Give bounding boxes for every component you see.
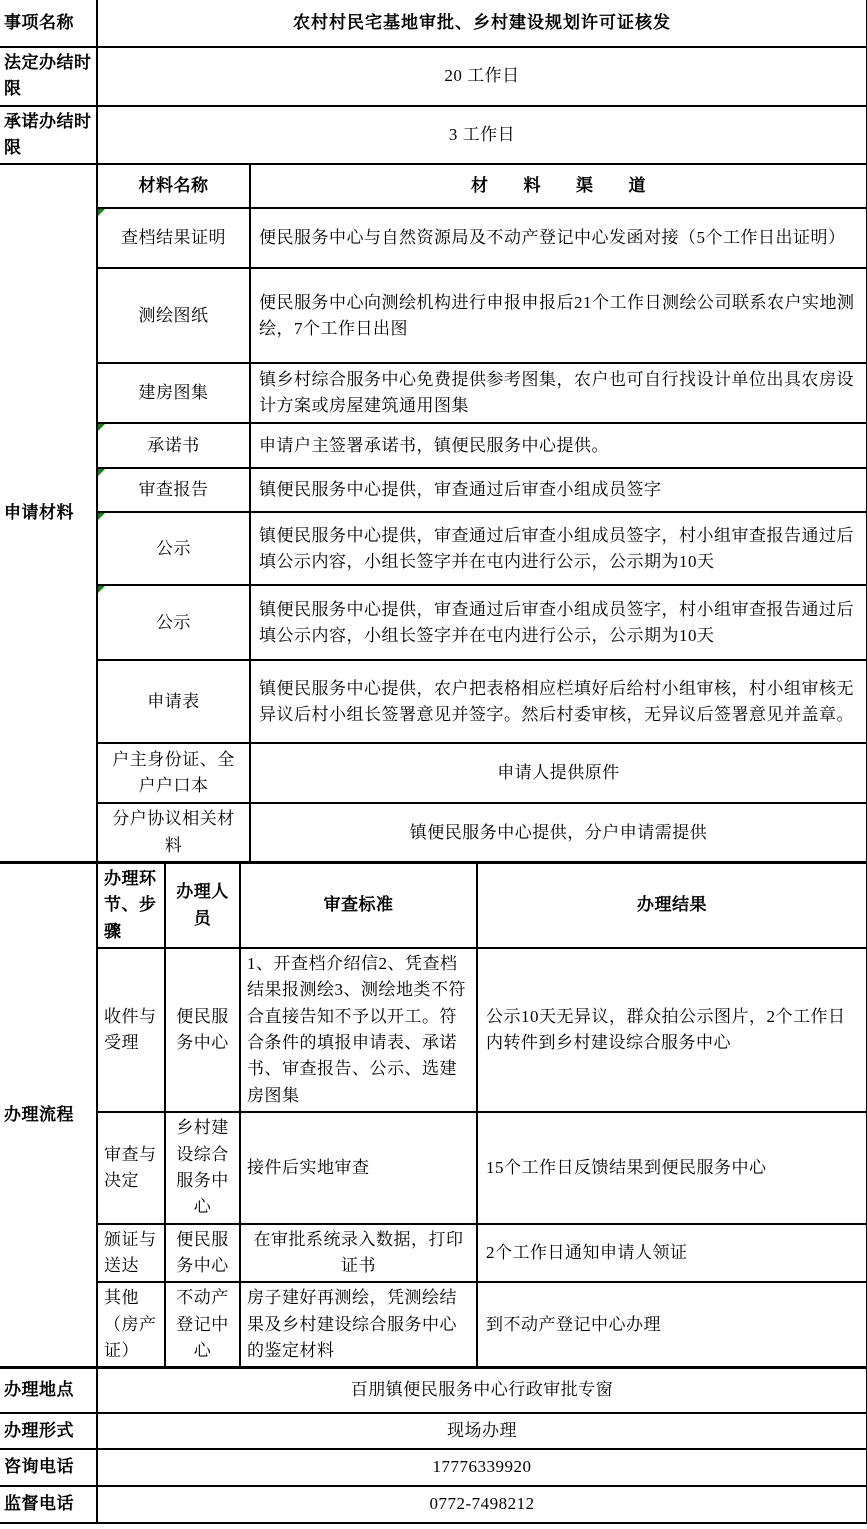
- table-row: 分户协议相关材料 镇便民服务中心提供，分户申请需提供: [0, 803, 867, 862]
- material-channel: 镇乡村综合服务中心免费提供参考图集，农户也可自行找设计单位出具农房设计方案或房屋…: [250, 363, 867, 423]
- cell-error-triangle-icon: [98, 424, 105, 431]
- form-label: 办理形式: [0, 1413, 97, 1449]
- process-staff: 乡村建设综合服务中心: [165, 1112, 240, 1223]
- table-row: 查档结果证明 便民服务中心与自然资源局及不动产登记中心发函对接（5个工作日出证明…: [0, 208, 867, 268]
- promise-time-label: 承诺办结时限: [0, 106, 97, 165]
- material-name: 查档结果证明: [97, 208, 250, 268]
- material-name: 公示: [97, 512, 250, 585]
- material-name: 承诺书: [97, 423, 250, 468]
- location-value: 百朋镇便民服务中心行政审批专窗: [97, 1368, 867, 1413]
- table-row: 其他（房产证） 不动产登记中心 房子建好再测绘，凭测绘结果及乡村建设综合服务中心…: [0, 1282, 867, 1368]
- table-row: 公示 镇便民服务中心提供，审查通过后审查小组成员签字，村小组审查报告通过后填公示…: [0, 512, 867, 585]
- table-row: 承诺书 申请户主签署承诺书，镇便民服务中心提供。: [0, 423, 867, 468]
- supervise-phone-row: 监督电话 0772-7498212: [0, 1486, 867, 1523]
- process-standard: 房子建好再测绘，凭测绘结果及乡村建设综合服务中心的鉴定材料: [240, 1282, 477, 1368]
- process-staff: 不动产登记中心: [165, 1282, 240, 1368]
- form-row: 办理形式 现场办理: [0, 1413, 867, 1449]
- process-step-header: 办理环节、步骤: [97, 863, 165, 949]
- consult-phone-label: 咨询电话: [0, 1449, 97, 1486]
- table-row: 测绘图纸 便民服务中心向测绘机构进行申报申报后21个工作日测绘公司联系农户实地测…: [0, 268, 867, 363]
- location-row: 办理地点 百朋镇便民服务中心行政审批专窗: [0, 1368, 867, 1413]
- process-step: 审查与决定: [97, 1112, 165, 1223]
- process-result: 到不动产登记中心办理: [477, 1282, 867, 1368]
- material-channel: 便民服务中心向测绘机构进行申报申报后21个工作日测绘公司联系农户实地测绘，7个工…: [250, 268, 867, 363]
- item-name-row: 事项名称 农村村民宅基地审批、乡村建设规划许可证核发: [0, 0, 867, 47]
- table-row: 审查报告 镇便民服务中心提供，审查通过后审查小组成员签字: [0, 468, 867, 512]
- material-channel: 申请户主签署承诺书，镇便民服务中心提供。: [250, 423, 867, 468]
- material-name-header: 材料名称: [97, 164, 250, 208]
- process-step: 收件与受理: [97, 948, 165, 1112]
- item-name-value: 农村村民宅基地审批、乡村建设规划许可证核发: [97, 0, 867, 47]
- material-channel-header: 材 料 渠 道: [250, 164, 867, 208]
- process-section-label: 办理流程: [0, 863, 97, 1368]
- material-channel: 便民服务中心与自然资源局及不动产登记中心发函对接（5个工作日出证明）: [250, 208, 867, 268]
- process-result: 2个工作日通知申请人领证: [477, 1224, 867, 1283]
- process-standard: 1、开查档介绍信2、凭查档结果报测绘3、测绘地类不符合直接告知不予以开工。符合条…: [240, 948, 477, 1112]
- process-standard: 接件后实地审查: [240, 1112, 477, 1223]
- promise-time-value: 3 工作日: [97, 106, 867, 165]
- material-channel: 申请人提供原件: [250, 743, 867, 803]
- cell-error-triangle-icon: [98, 469, 105, 476]
- process-result: 公示10天无异议，群众拍公示图片，2个工作日内转件到乡村建设综合服务中心: [477, 948, 867, 1112]
- supervise-phone-label: 监督电话: [0, 1486, 97, 1523]
- material-name: 分户协议相关材料: [97, 803, 250, 862]
- process-staff: 便民服务中心: [165, 948, 240, 1112]
- table-row: 户主身份证、全户户口本 申请人提供原件: [0, 743, 867, 803]
- process-step: 颁证与送达: [97, 1224, 165, 1283]
- material-channel: 镇便民服务中心提供，审查通过后审查小组成员签字，村小组审查报告通过后填公示内容，…: [250, 585, 867, 660]
- table-row: 审查与决定 乡村建设综合服务中心 接件后实地审查 15个工作日反馈结果到便民服务…: [0, 1112, 867, 1223]
- table-row: 建房图集 镇乡村综合服务中心免费提供参考图集，农户也可自行找设计单位出具农房设计…: [0, 363, 867, 423]
- material-channel: 镇便民服务中心提供，审查通过后审查小组成员签字: [250, 468, 867, 512]
- process-result: 15个工作日反馈结果到便民服务中心: [477, 1112, 867, 1223]
- process-result-header: 办理结果: [477, 863, 867, 949]
- cell-error-triangle-icon: [98, 209, 105, 216]
- material-channel: 镇便民服务中心提供，分户申请需提供: [250, 803, 867, 862]
- process-staff-header: 办理人员: [165, 863, 240, 949]
- promise-time-row: 承诺办结时限 3 工作日: [0, 106, 867, 165]
- approval-matrix-table: 事项名称 农村村民宅基地审批、乡村建设规划许可证核发 法定办结时限 20 工作日…: [0, 0, 867, 1524]
- bottom-margin: [0, 1524, 867, 1529]
- table-row: 收件与受理 便民服务中心 1、开查档介绍信2、凭查档结果报测绘3、测绘地类不符合…: [0, 948, 867, 1112]
- location-label: 办理地点: [0, 1368, 97, 1413]
- cell-error-triangle-icon: [98, 586, 105, 593]
- table-row: 颁证与送达 便民服务中心 在审批系统录入数据，打印证书 2个工作日通知申请人领证: [0, 1224, 867, 1283]
- supervise-phone-value: 0772-7498212: [97, 1486, 867, 1523]
- process-step: 其他（房产证）: [97, 1282, 165, 1368]
- materials-section-label: 申请材料: [0, 164, 97, 862]
- consult-phone-row: 咨询电话 17776339920: [0, 1449, 867, 1486]
- material-name: 申请表: [97, 660, 250, 743]
- cell-error-triangle-icon: [98, 513, 105, 520]
- material-name: 测绘图纸: [97, 268, 250, 363]
- material-name: 户主身份证、全户户口本: [97, 743, 250, 803]
- material-name: 公示: [97, 585, 250, 660]
- form-value: 现场办理: [97, 1413, 867, 1449]
- material-name: 建房图集: [97, 363, 250, 423]
- material-name: 审查报告: [97, 468, 250, 512]
- legal-time-label: 法定办结时限: [0, 47, 97, 106]
- materials-header-row: 申请材料 材料名称 材 料 渠 道: [0, 164, 867, 208]
- process-standard: 在审批系统录入数据，打印证书: [240, 1224, 477, 1283]
- consult-phone-value: 17776339920: [97, 1449, 867, 1486]
- table-row: 公示 镇便民服务中心提供，审查通过后审查小组成员签字，村小组审查报告通过后填公示…: [0, 585, 867, 660]
- item-name-label: 事项名称: [0, 0, 97, 47]
- legal-time-row: 法定办结时限 20 工作日: [0, 47, 867, 106]
- material-channel: 镇便民服务中心提供，审查通过后审查小组成员签字，村小组审查报告通过后填公示内容，…: [250, 512, 867, 585]
- process-header-row: 办理流程 办理环节、步骤 办理人员 审查标准 办理结果: [0, 863, 867, 949]
- process-standard-header: 审查标准: [240, 863, 477, 949]
- table-row: 申请表 镇便民服务中心提供，农户把表格相应栏填好后给村小组审核，村小组审核无异议…: [0, 660, 867, 743]
- legal-time-value: 20 工作日: [97, 47, 867, 106]
- material-channel: 镇便民服务中心提供，农户把表格相应栏填好后给村小组审核，村小组审核无异议后村小组…: [250, 660, 867, 743]
- process-staff: 便民服务中心: [165, 1224, 240, 1283]
